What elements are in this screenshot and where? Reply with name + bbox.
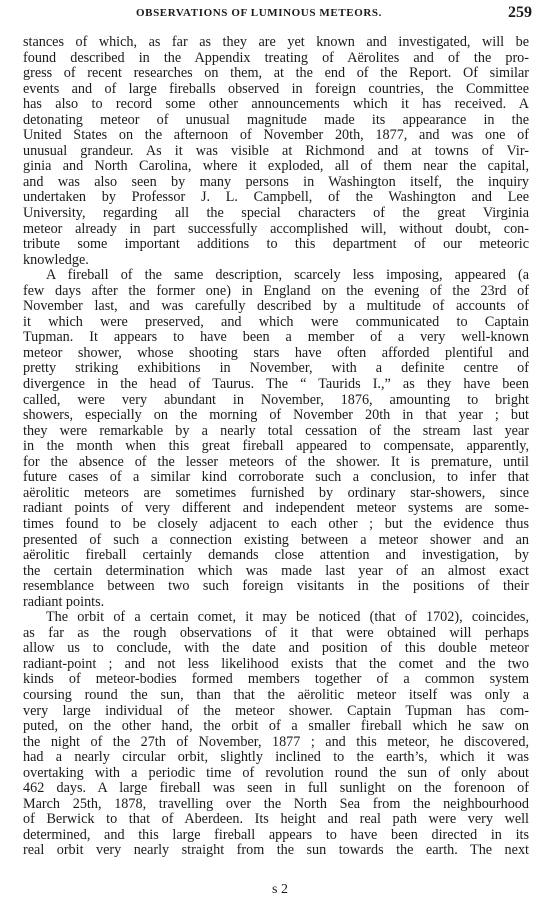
text-line: real orbit very nearly straight from the… (23, 843, 529, 859)
text-line: ginia and North Carolina, where it explo… (23, 159, 529, 175)
text-line: Tupman. It appears to have been a member… (23, 330, 529, 346)
text-line: the certain determination which was made… (23, 564, 529, 580)
page-number: 259 (508, 4, 532, 22)
text-line: tribute some important additions to this… (23, 237, 529, 253)
signature-mark: s 2 (262, 882, 288, 897)
text-line: as far as the rough observations of it t… (23, 626, 529, 642)
text-line: allow us to conclude, with the date and … (23, 641, 529, 657)
page-footer: s 2 (0, 880, 550, 898)
text-line: of Berwick to that of Aberdeen. Its heig… (23, 812, 529, 828)
text-line: and was also seen by many persons in Was… (23, 175, 529, 191)
text-line: unusual grandeur. As it was visible at R… (23, 144, 529, 160)
text-line: University, regarding all the special ch… (23, 206, 529, 222)
text-line: meteor already in part successfully acco… (23, 222, 529, 238)
text-line: undertaken by Professor J. L. Campbell, … (23, 190, 529, 206)
text-line: called, were very abundant in November, … (23, 393, 529, 409)
text-line: March 25th, 1878, travelling over the No… (23, 797, 529, 813)
text-line: knowledge. (23, 253, 529, 269)
text-line: for the absence of the lesser meteors of… (23, 455, 529, 471)
text-line: The orbit of a certain comet, it may be … (23, 610, 529, 626)
page-header: OBSERVATIONS OF LUMINOUS METEORS. 259 (0, 4, 550, 22)
text-line: divergence in the head of Taurus. The “ … (23, 377, 529, 393)
text-line: aërolitic meteors are sometimes furnishe… (23, 486, 529, 502)
text-line: A fireball of the same description, scar… (23, 268, 529, 284)
text-line: events and of large fireballs observed i… (23, 82, 529, 98)
text-line: United States on the afternoon of Novemb… (23, 128, 529, 144)
text-line: radiant points of very different and ind… (23, 501, 529, 517)
text-line: very large individual of the meteor show… (23, 704, 529, 720)
body-text: stances of which, as far as they are yet… (23, 35, 529, 859)
text-line: meteor shower, whose shooting stars have… (23, 346, 529, 362)
running-title: OBSERVATIONS OF LUMINOUS METEORS. (136, 7, 382, 19)
text-line: few days after the former one) in Englan… (23, 284, 529, 300)
text-line: the night of the 27th of November, 1877 … (23, 735, 529, 751)
text-line: overtaking with a periodic time of revol… (23, 766, 529, 782)
text-line: November last, and was carefully describ… (23, 299, 529, 315)
text-line: coursing round the sun, than that the aë… (23, 688, 529, 704)
paragraph: The orbit of a certain comet, it may be … (23, 610, 529, 859)
text-line: found described in the Appendix treating… (23, 51, 529, 67)
text-line: showers, especially on the morning of No… (23, 408, 529, 424)
text-line: they were remarkable by a nearly total c… (23, 424, 529, 440)
text-line: in the month when this great fireball ap… (23, 439, 529, 455)
text-line: has also to record some other announceme… (23, 97, 529, 113)
text-line: future cases of a similar kind corrobora… (23, 470, 529, 486)
text-line: had a nearly circular orbit, slightly in… (23, 750, 529, 766)
paragraph: stances of which, as far as they are yet… (23, 35, 529, 268)
text-line: it which were preserved, and which were … (23, 315, 529, 331)
text-line: presented of such a connection existing … (23, 533, 529, 549)
text-line: detonating meteor of unusual magnitude m… (23, 113, 529, 129)
text-line: pretty striking exhibitions in November,… (23, 361, 529, 377)
text-line: radiant-point ; and not less likelihood … (23, 657, 529, 673)
text-line: aërolitic fireball certainly demands clo… (23, 548, 529, 564)
text-line: puted, on the other hand, the orbit of a… (23, 719, 529, 735)
text-line: determined, and this large fireball appe… (23, 828, 529, 844)
text-line: stances of which, as far as they are yet… (23, 35, 529, 51)
text-line: times found to be closely adjacent to ea… (23, 517, 529, 533)
paragraph: A fireball of the same description, scar… (23, 268, 529, 610)
text-line: radiant points. (23, 595, 529, 611)
text-line: gress of recent researches on them, at t… (23, 66, 529, 82)
text-line: 462 days. A large fireball was seen in f… (23, 781, 529, 797)
text-line: kinds of meteor-bodies formed members to… (23, 672, 529, 688)
text-line: resemblance between two such foreign vis… (23, 579, 529, 595)
